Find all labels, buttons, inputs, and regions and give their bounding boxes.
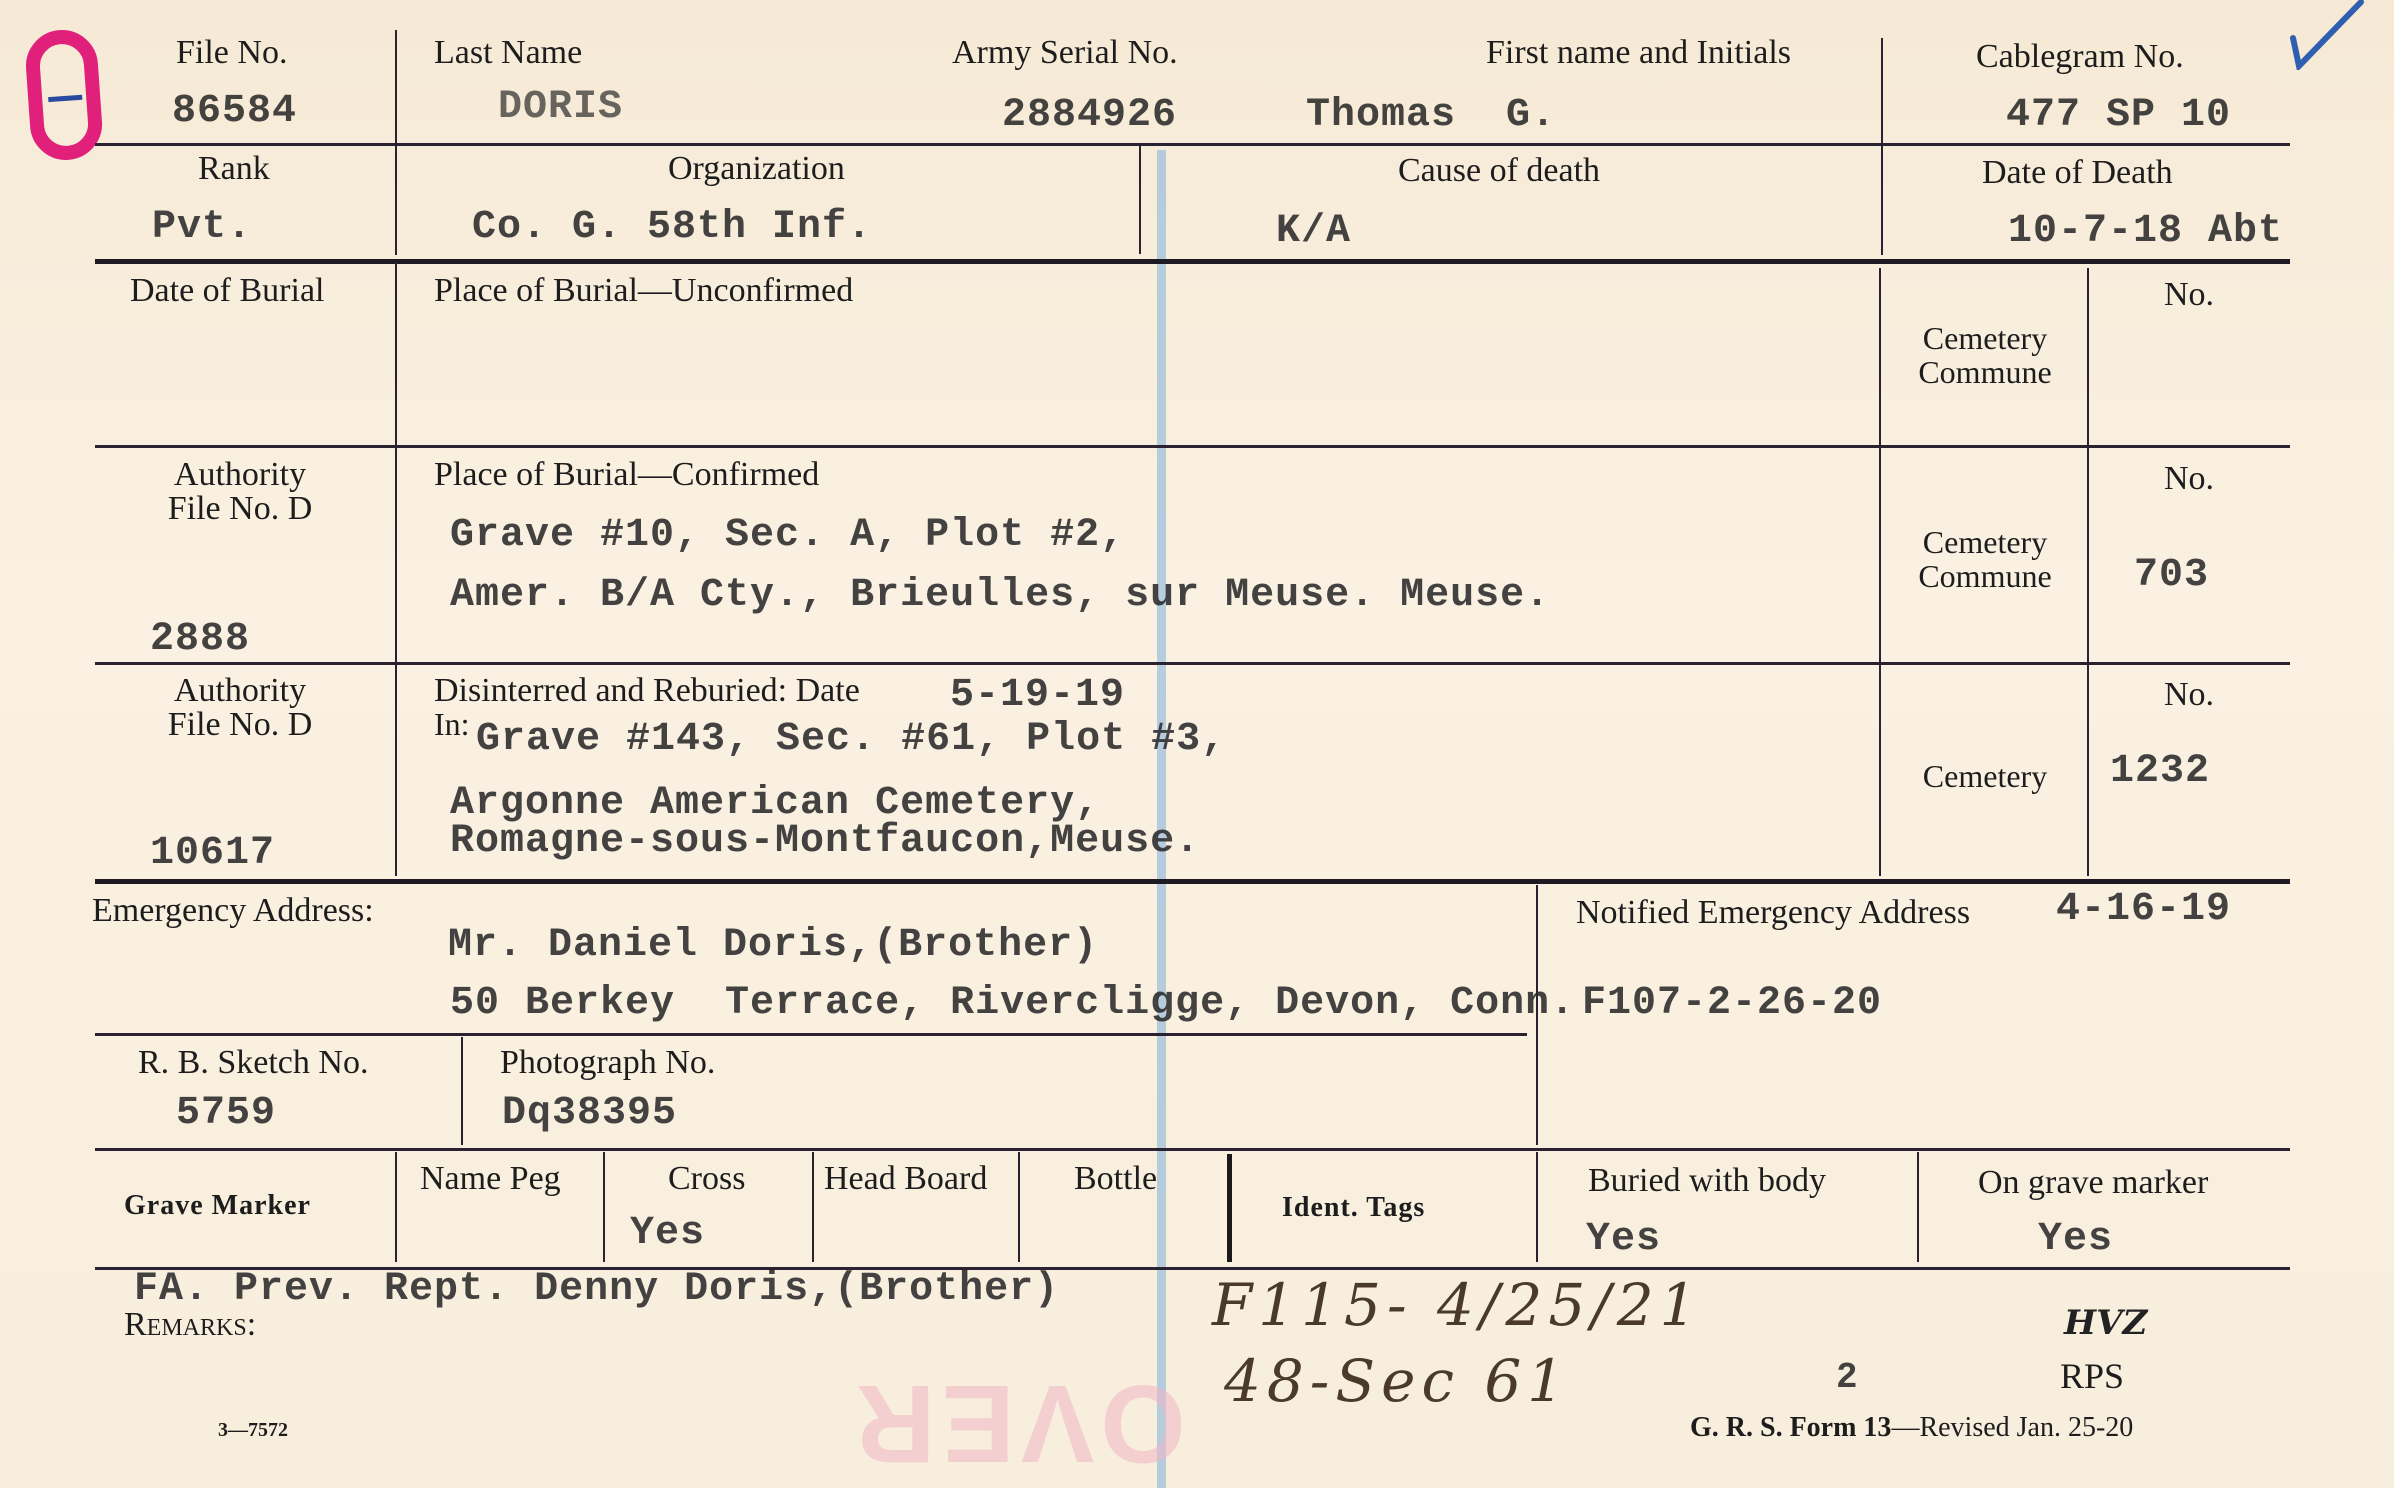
emergency-address-label: Emergency Address: bbox=[92, 894, 374, 928]
authority-label-2: File No. D bbox=[130, 492, 350, 526]
remarks-typed: FA. Prev. Rept. Denny Doris,(Brother) bbox=[134, 1270, 1059, 1310]
no-label-confirmed: No. bbox=[2164, 462, 2214, 496]
last-name-value: DORIS bbox=[498, 88, 623, 128]
rank-label: Rank bbox=[198, 152, 270, 186]
no-label-reburied: No. bbox=[2164, 678, 2214, 712]
form-title-bold: G. R. S. Form 13 bbox=[1690, 1412, 1891, 1443]
vline-l bbox=[1018, 1152, 1020, 1262]
notified-date: 4-16-19 bbox=[2056, 890, 2231, 930]
form-title: G. R. S. Form 13—Revised Jan. 25-20 bbox=[1690, 1414, 2133, 1442]
no-value-confirmed: 703 bbox=[2134, 556, 2209, 596]
vline-c bbox=[1881, 38, 1883, 255]
head-board-label: Head Board bbox=[824, 1162, 987, 1196]
authority-label-2-reburied: File No. D bbox=[130, 708, 350, 742]
cemetery-label-confirmed: Cemetery bbox=[1900, 526, 2070, 558]
date-of-death-label: Date of Death bbox=[1982, 156, 2173, 190]
vline-k bbox=[812, 1152, 814, 1262]
army-serial-value: 2884926 bbox=[1002, 96, 1177, 136]
buried-with-body-value: Yes bbox=[1586, 1220, 1661, 1260]
cemetery-label-unconfirmed: Cemetery bbox=[1900, 322, 2070, 354]
cablegram-value: 477 SP 10 bbox=[2006, 96, 2231, 136]
form-revision: —Revised Jan. 25-20 bbox=[1891, 1412, 2133, 1443]
initials-typed: RPS bbox=[2060, 1358, 2124, 1394]
rule-1 bbox=[95, 143, 2290, 146]
rule-2 bbox=[95, 259, 2290, 264]
red-zero-mark bbox=[24, 28, 105, 163]
remarks-label: Remarks: bbox=[124, 1308, 256, 1342]
bottle-label: Bottle bbox=[1074, 1162, 1157, 1196]
file-no-label: File No. bbox=[176, 36, 287, 70]
first-name-label: First name and Initials bbox=[1486, 36, 1791, 70]
commune-label-unconfirmed: Commune bbox=[1900, 356, 2070, 388]
army-serial-label: Army Serial No. bbox=[952, 36, 1178, 70]
place-unconfirmed-label: Place of Burial—Unconfirmed bbox=[434, 274, 853, 308]
disinterred-date: 5-19-19 bbox=[950, 676, 1125, 716]
vline-f bbox=[2087, 268, 2089, 876]
vline-j bbox=[603, 1152, 605, 1262]
typed-number: 2 bbox=[1836, 1360, 1859, 1396]
vline-e bbox=[1879, 268, 1881, 876]
name-peg-label: Name Peg bbox=[420, 1162, 561, 1196]
burial-card: OVER File No. 86584 Last Name DORIS Army… bbox=[0, 0, 2394, 1488]
rule-6 bbox=[95, 1033, 1527, 1036]
rule-5 bbox=[95, 879, 2290, 884]
on-grave-marker-label: On grave marker bbox=[1978, 1166, 2208, 1200]
cablegram-label: Cablegram No. bbox=[1976, 40, 2184, 74]
rb-sketch-label: R. B. Sketch No. bbox=[138, 1046, 368, 1080]
cause-of-death-label: Cause of death bbox=[1398, 154, 1600, 188]
reburied-line3: Romagne-sous-Montfaucon,Meuse. bbox=[450, 822, 1200, 862]
vline-d bbox=[395, 262, 397, 876]
faint-stamp: OVER bbox=[850, 1360, 1186, 1487]
first-name-value: Thomas G. bbox=[1306, 96, 1556, 136]
ident-tags-label: Ident. Tags bbox=[1282, 1194, 1425, 1222]
rank-value: Pvt. bbox=[152, 208, 252, 248]
rb-sketch-value: 5759 bbox=[176, 1094, 276, 1134]
handwritten-line1: F115- 4/25/21 bbox=[1212, 1276, 1703, 1334]
organization-label: Organization bbox=[668, 152, 845, 186]
vline-h bbox=[461, 1037, 463, 1145]
disinterred-label: Disinterred and Reburied: Date bbox=[434, 674, 860, 708]
vline-m bbox=[1227, 1154, 1232, 1262]
buried-with-body-label: Buried with body bbox=[1588, 1164, 1826, 1198]
vline-n bbox=[1536, 1152, 1538, 1262]
emergency-line1: Mr. Daniel Doris,(Brother) bbox=[448, 926, 1098, 966]
print-code: 3—7572 bbox=[218, 1420, 288, 1440]
place-confirmed-line2: Amer. B/A Cty., Brieulles, sur Meuse. Me… bbox=[450, 576, 1550, 616]
initials-scrawl: HVZ bbox=[2064, 1306, 2147, 1340]
vline-i bbox=[395, 1152, 397, 1262]
vline-o bbox=[1917, 1152, 1919, 1262]
cemetery-label-reburied: Cemetery bbox=[1900, 760, 2070, 792]
vline-a bbox=[395, 30, 397, 255]
authority-value-reburied: 10617 bbox=[150, 834, 275, 874]
commune-label-confirmed: Commune bbox=[1900, 560, 2070, 592]
cross-value: Yes bbox=[630, 1214, 705, 1254]
date-of-burial-label: Date of Burial bbox=[130, 274, 325, 308]
photograph-value: Dq38395 bbox=[502, 1094, 677, 1134]
authority-label-1: Authority bbox=[130, 458, 350, 492]
place-confirmed-label: Place of Burial—Confirmed bbox=[434, 458, 819, 492]
rule-7 bbox=[95, 1148, 2290, 1151]
photograph-label: Photograph No. bbox=[500, 1046, 715, 1080]
notified-emergency-label: Notified Emergency Address bbox=[1576, 896, 1970, 930]
rule-3 bbox=[95, 445, 2290, 448]
place-confirmed-line1: Grave #10, Sec. A, Plot #2, bbox=[450, 516, 1125, 556]
handwritten-line2: 48-Sec 61 bbox=[1224, 1352, 1570, 1410]
no-label-unconfirmed: No. bbox=[2164, 278, 2214, 312]
file-no-value: 86584 bbox=[172, 92, 297, 132]
reburied-line1: Grave #143, Sec. #61, Plot #3, bbox=[476, 720, 1226, 760]
date-of-death-value: 10-7-18 Abt bbox=[2008, 212, 2283, 252]
last-name-label: Last Name bbox=[434, 36, 582, 70]
organization-value: Co. G. 58th Inf. bbox=[472, 208, 872, 248]
notified-ref: F107-2-26-20 bbox=[1582, 984, 1882, 1024]
authority-value-confirmed: 2888 bbox=[150, 620, 250, 660]
reburied-line2: Argonne American Cemetery, bbox=[450, 784, 1100, 824]
in-label: In: bbox=[434, 708, 470, 740]
rule-4 bbox=[95, 662, 2290, 665]
emergency-line2: 50 Berkey Terrace, Rivercligge, Devon, C… bbox=[450, 984, 1575, 1024]
no-value-reburied: 1232 bbox=[2110, 752, 2210, 792]
cross-label: Cross bbox=[668, 1162, 745, 1196]
vline-b bbox=[1139, 146, 1141, 254]
on-grave-marker-value: Yes bbox=[2038, 1220, 2113, 1260]
check-mark-icon bbox=[2285, 0, 2365, 70]
authority-label-1-reburied: Authority bbox=[130, 674, 350, 708]
cause-of-death-value: K/A bbox=[1276, 212, 1351, 252]
grave-marker-label: Grave Marker bbox=[124, 1192, 311, 1220]
blue-dash-mark bbox=[48, 95, 82, 102]
